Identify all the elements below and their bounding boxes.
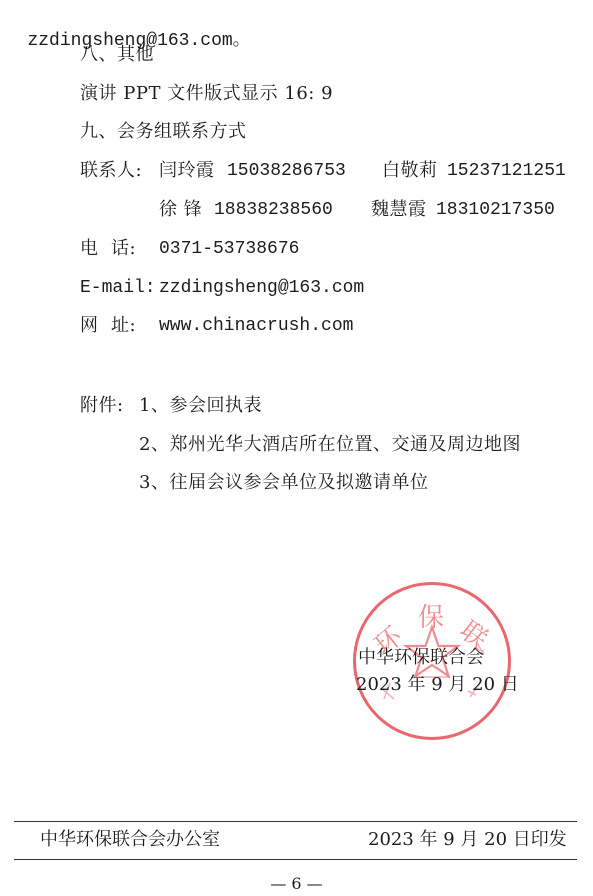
signature-organization: 中华环保联合会 [358, 646, 484, 670]
attachments-label: 附件: [80, 394, 124, 418]
attachment-item-2: 2、郑州光华大酒店所在位置、交通及周边地图 [139, 433, 521, 457]
footer-office: 中华环保联合会办公室 [40, 828, 220, 852]
contact-name-4: 魏慧霞 [371, 198, 427, 222]
section8-text: 演讲 PPT 文件版式显示 16: 9 [80, 82, 333, 106]
footer-issue-date: 2023 年 9 月 20 日印发 [368, 828, 567, 852]
footer-top-rule [14, 821, 577, 822]
contact-name-2: 白敬莉 [382, 159, 438, 183]
phone-label: 电 话: [80, 237, 136, 261]
attachment-item-3: 3、往届会议参会单位及拟邀请单位 [139, 471, 428, 495]
footer-bottom-rule [14, 859, 577, 860]
contact-phone-2: 15237121251 [447, 159, 566, 183]
contact-phone-3: 18838238560 [214, 198, 333, 222]
website-value: www.chinacrush.com [159, 314, 353, 338]
attachment-item-1: 1、参会回执表 [139, 394, 262, 418]
contact-name-3: 徐 锋 [159, 198, 202, 222]
seal-char-2: 保 [418, 597, 444, 634]
email-value: zzdingsheng@163.com [159, 276, 364, 300]
section9-heading: 九、会务组联系方式 [80, 120, 247, 144]
signature-date: 2023 年 9 月 20 日 [356, 673, 519, 697]
page-number: — 6 — [0, 873, 593, 895]
website-label: 网 址: [80, 314, 136, 338]
contact-phone-4: 18310217350 [436, 198, 555, 222]
email-label: E-mail: [80, 276, 156, 300]
contact-name-1: 闫玲霞 [159, 159, 215, 183]
contacts-label: 联系人: [80, 159, 142, 183]
contact-phone-1: 15038286753 [227, 159, 346, 183]
phone-value: 0371-53738676 [159, 237, 299, 261]
section8-heading: 八、其他 [80, 43, 154, 67]
